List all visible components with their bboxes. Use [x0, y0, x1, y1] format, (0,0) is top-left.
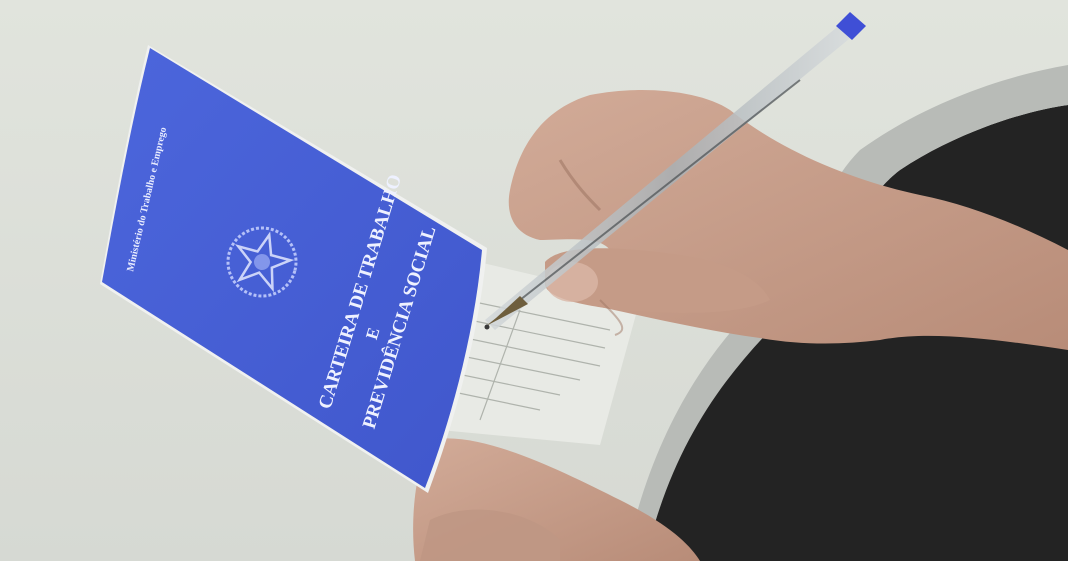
photo-scene: Ministério do Trabalho e Emprego CARTEIR…	[0, 0, 1068, 561]
photo-illustration: Ministério do Trabalho e Emprego CARTEIR…	[0, 0, 1068, 561]
